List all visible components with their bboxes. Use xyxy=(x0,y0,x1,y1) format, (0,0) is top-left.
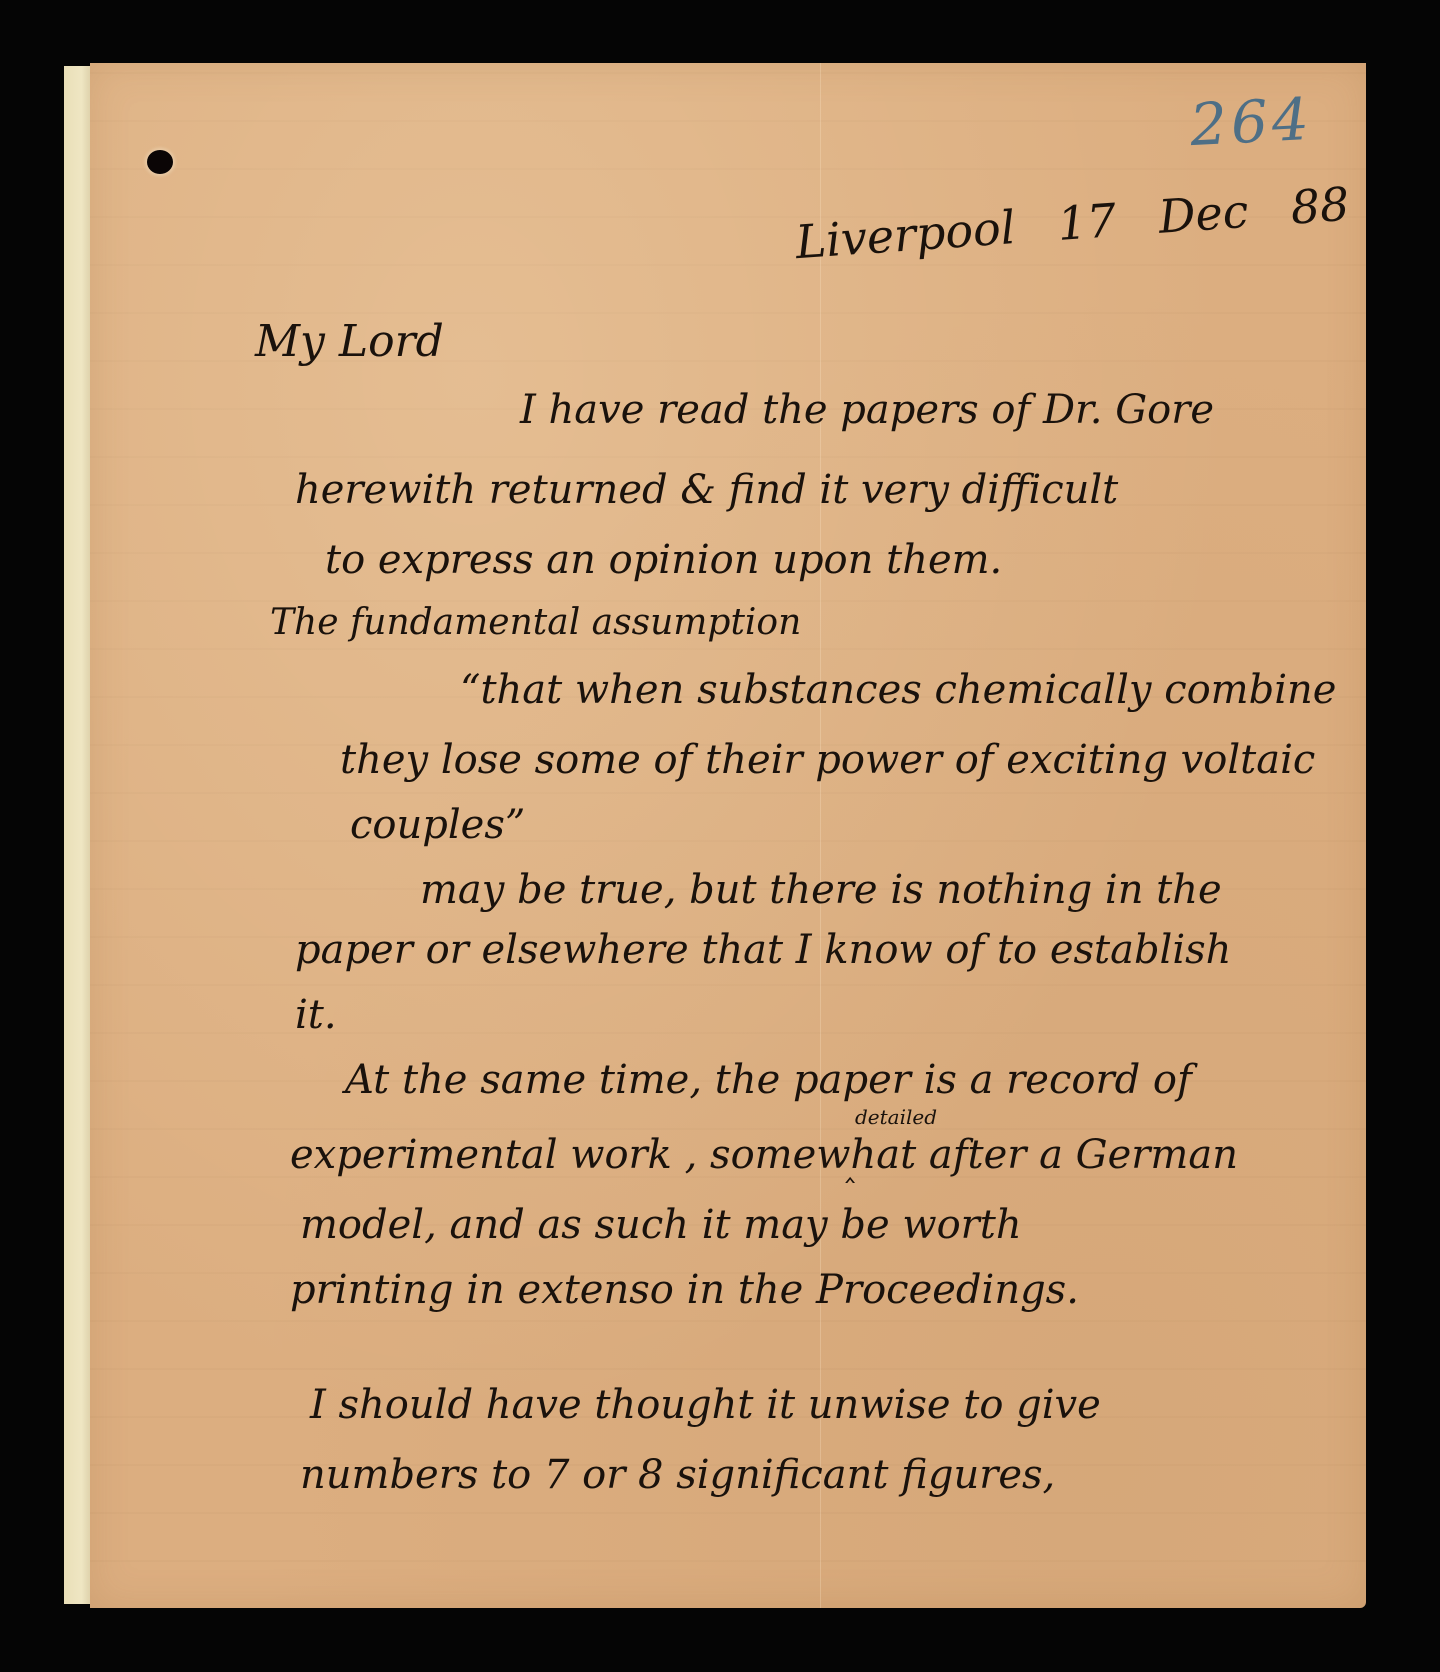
letter-line-6: they lose some of their power of excitin… xyxy=(340,740,1315,780)
scan-viewer: 264 Liverpool 17 Dec 88 My Lord I have r… xyxy=(0,0,1440,1672)
folio-number: 264 xyxy=(1188,85,1314,159)
punch-hole xyxy=(147,150,173,174)
letter-line-11: At the same time, the paper is a record … xyxy=(345,1060,1192,1100)
guard-strip xyxy=(64,66,93,1604)
fold-line xyxy=(820,63,821,1608)
letter-line-4: The fundamental assumption xyxy=(270,605,801,641)
letter-line-15: I should have thought it unwise to give xyxy=(310,1385,1101,1425)
letter-line-10: it. xyxy=(295,995,337,1035)
letter-line-2: herewith returned & find it very difficu… xyxy=(295,470,1118,510)
letter-line-7: couples” xyxy=(350,805,525,845)
letter-line-12: experimental work , somewhat after a Ger… xyxy=(290,1135,1238,1175)
letter-line-13: model, and as such it may be worth xyxy=(300,1205,1022,1245)
letter-line-1: I have read the papers of Dr. Gore xyxy=(520,390,1214,430)
letter-line-16: numbers to 7 or 8 significant figures, xyxy=(300,1455,1055,1495)
salutation: My Lord xyxy=(255,320,444,364)
insertion-detailed: detailed xyxy=(855,1107,937,1127)
letter-line-5: “that when substances chemically combine xyxy=(460,670,1336,710)
letter-sheet xyxy=(90,63,1366,1608)
letter-line-9: paper or elsewhere that I know of to est… xyxy=(295,930,1231,970)
letter-line-14: printing in extenso in the Proceedings. xyxy=(290,1270,1079,1310)
letter-line-8: may be true, but there is nothing in the xyxy=(420,870,1222,910)
letter-line-3: to express an opinion upon them. xyxy=(325,540,1002,580)
